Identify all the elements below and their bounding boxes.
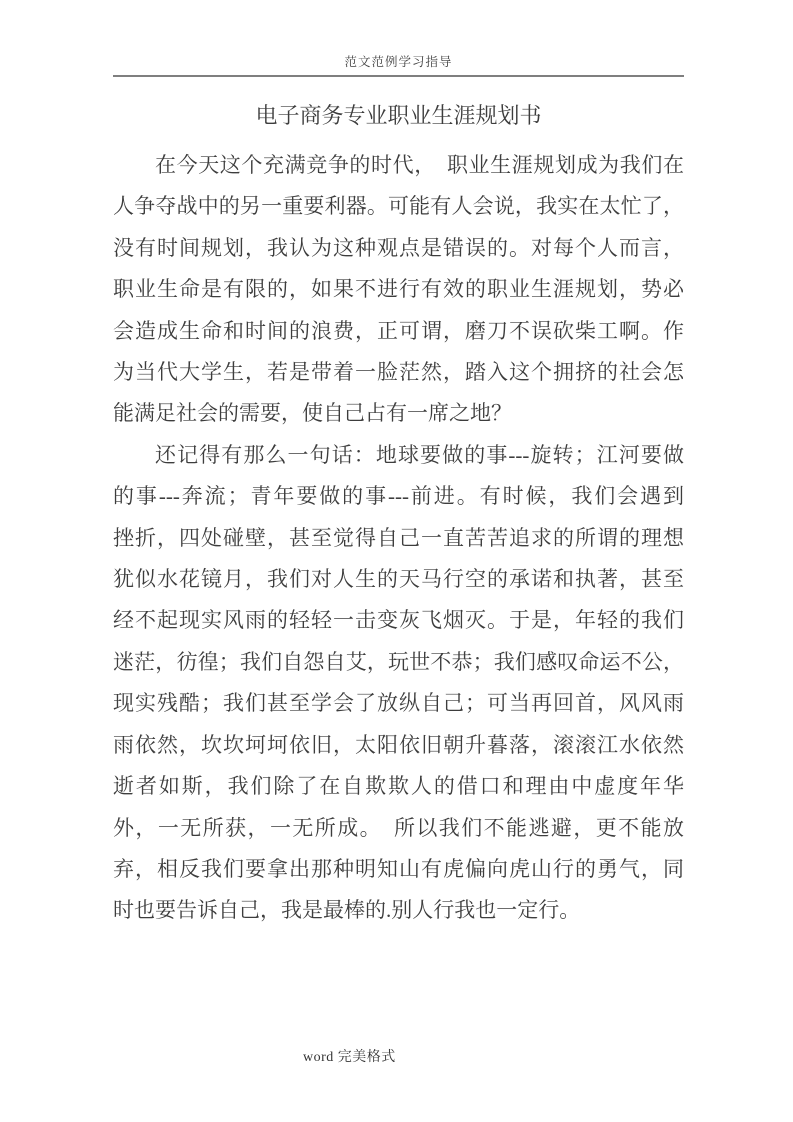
- footer-text: word 完美格式: [303, 1050, 396, 1065]
- body-line: 能满足社会的需要，使自己占有一席之地？: [113, 393, 684, 434]
- body-line: 为当代大学生，若是带着一脸茫然，踏入这个拥挤的社会怎: [113, 352, 684, 393]
- header-title: 范文范例学习指导: [344, 52, 452, 70]
- body-line: 会造成生命和时间的浪费，正可谓，磨刀不误砍柴工啊。作: [113, 311, 684, 352]
- body-line: 在今天这个充满竞争的时代， 职业生涯规划成为我们在: [113, 145, 684, 186]
- body-line: 时也要告诉自己，我是最棒的.别人行我也一定行。: [113, 890, 684, 931]
- body-line: 弃，相反我们要拿出那种明知山有虎偏向虎山行的勇气，同: [113, 849, 684, 890]
- page-header: 范文范例学习指导: [113, 0, 684, 77]
- body-line: 挫折，四处碰壁，甚至觉得自己一直苦苦追求的所谓的理想: [113, 518, 684, 559]
- body-line: 逝者如斯，我们除了在自欺欺人的借口和理由中虚度年华: [113, 766, 684, 807]
- document-page: 范文范例学习指导 电子商务专业职业生涯规划书 在今天这个充满竞争的时代， 职业生…: [0, 0, 793, 1122]
- body-line: 外，一无所获，一无所成。 所以我们不能逃避，更不能放: [113, 808, 684, 849]
- body-line: 还记得有那么一句话：地球要做的事---旋转；江河要做: [113, 435, 684, 476]
- document-body: 在今天这个充满竞争的时代， 职业生涯规划成为我们在人争夺战中的另一重要利器。可能…: [113, 145, 684, 932]
- page-footer: word 完美格式: [113, 1046, 684, 1066]
- body-line: 的事---奔流；青年要做的事---前进。有时候，我们会遇到: [113, 476, 684, 517]
- body-line: 迷茫，彷徨；我们自怨自艾，玩世不恭；我们感叹命运不公，: [113, 642, 684, 683]
- paragraph: 在今天这个充满竞争的时代， 职业生涯规划成为我们在人争夺战中的另一重要利器。可能…: [113, 145, 684, 435]
- body-line: 人争夺战中的另一重要利器。可能有人会说，我实在太忙了，: [113, 186, 684, 227]
- body-line: 现实残酷；我们甚至学会了放纵自己；可当再回首，风风雨: [113, 683, 684, 724]
- body-line: 犹似水花镜月，我们对人生的天马行空的承诺和执著，甚至: [113, 559, 684, 600]
- paragraph: 还记得有那么一句话：地球要做的事---旋转；江河要做的事---奔流；青年要做的事…: [113, 435, 684, 932]
- body-line: 职业生命是有限的，如果不进行有效的职业生涯规划，势必: [113, 269, 684, 310]
- body-line: 经不起现实风雨的轻轻一击变灰飞烟灭。于是，年轻的我们: [113, 600, 684, 641]
- document-title: 电子商务专业职业生涯规划书: [113, 95, 684, 136]
- body-line: 雨依然，坎坎坷坷依旧，太阳依旧朝升暮落，滚滚江水依然: [113, 725, 684, 766]
- body-line: 没有时间规划，我认为这种观点是错误的。对每个人而言，: [113, 228, 684, 269]
